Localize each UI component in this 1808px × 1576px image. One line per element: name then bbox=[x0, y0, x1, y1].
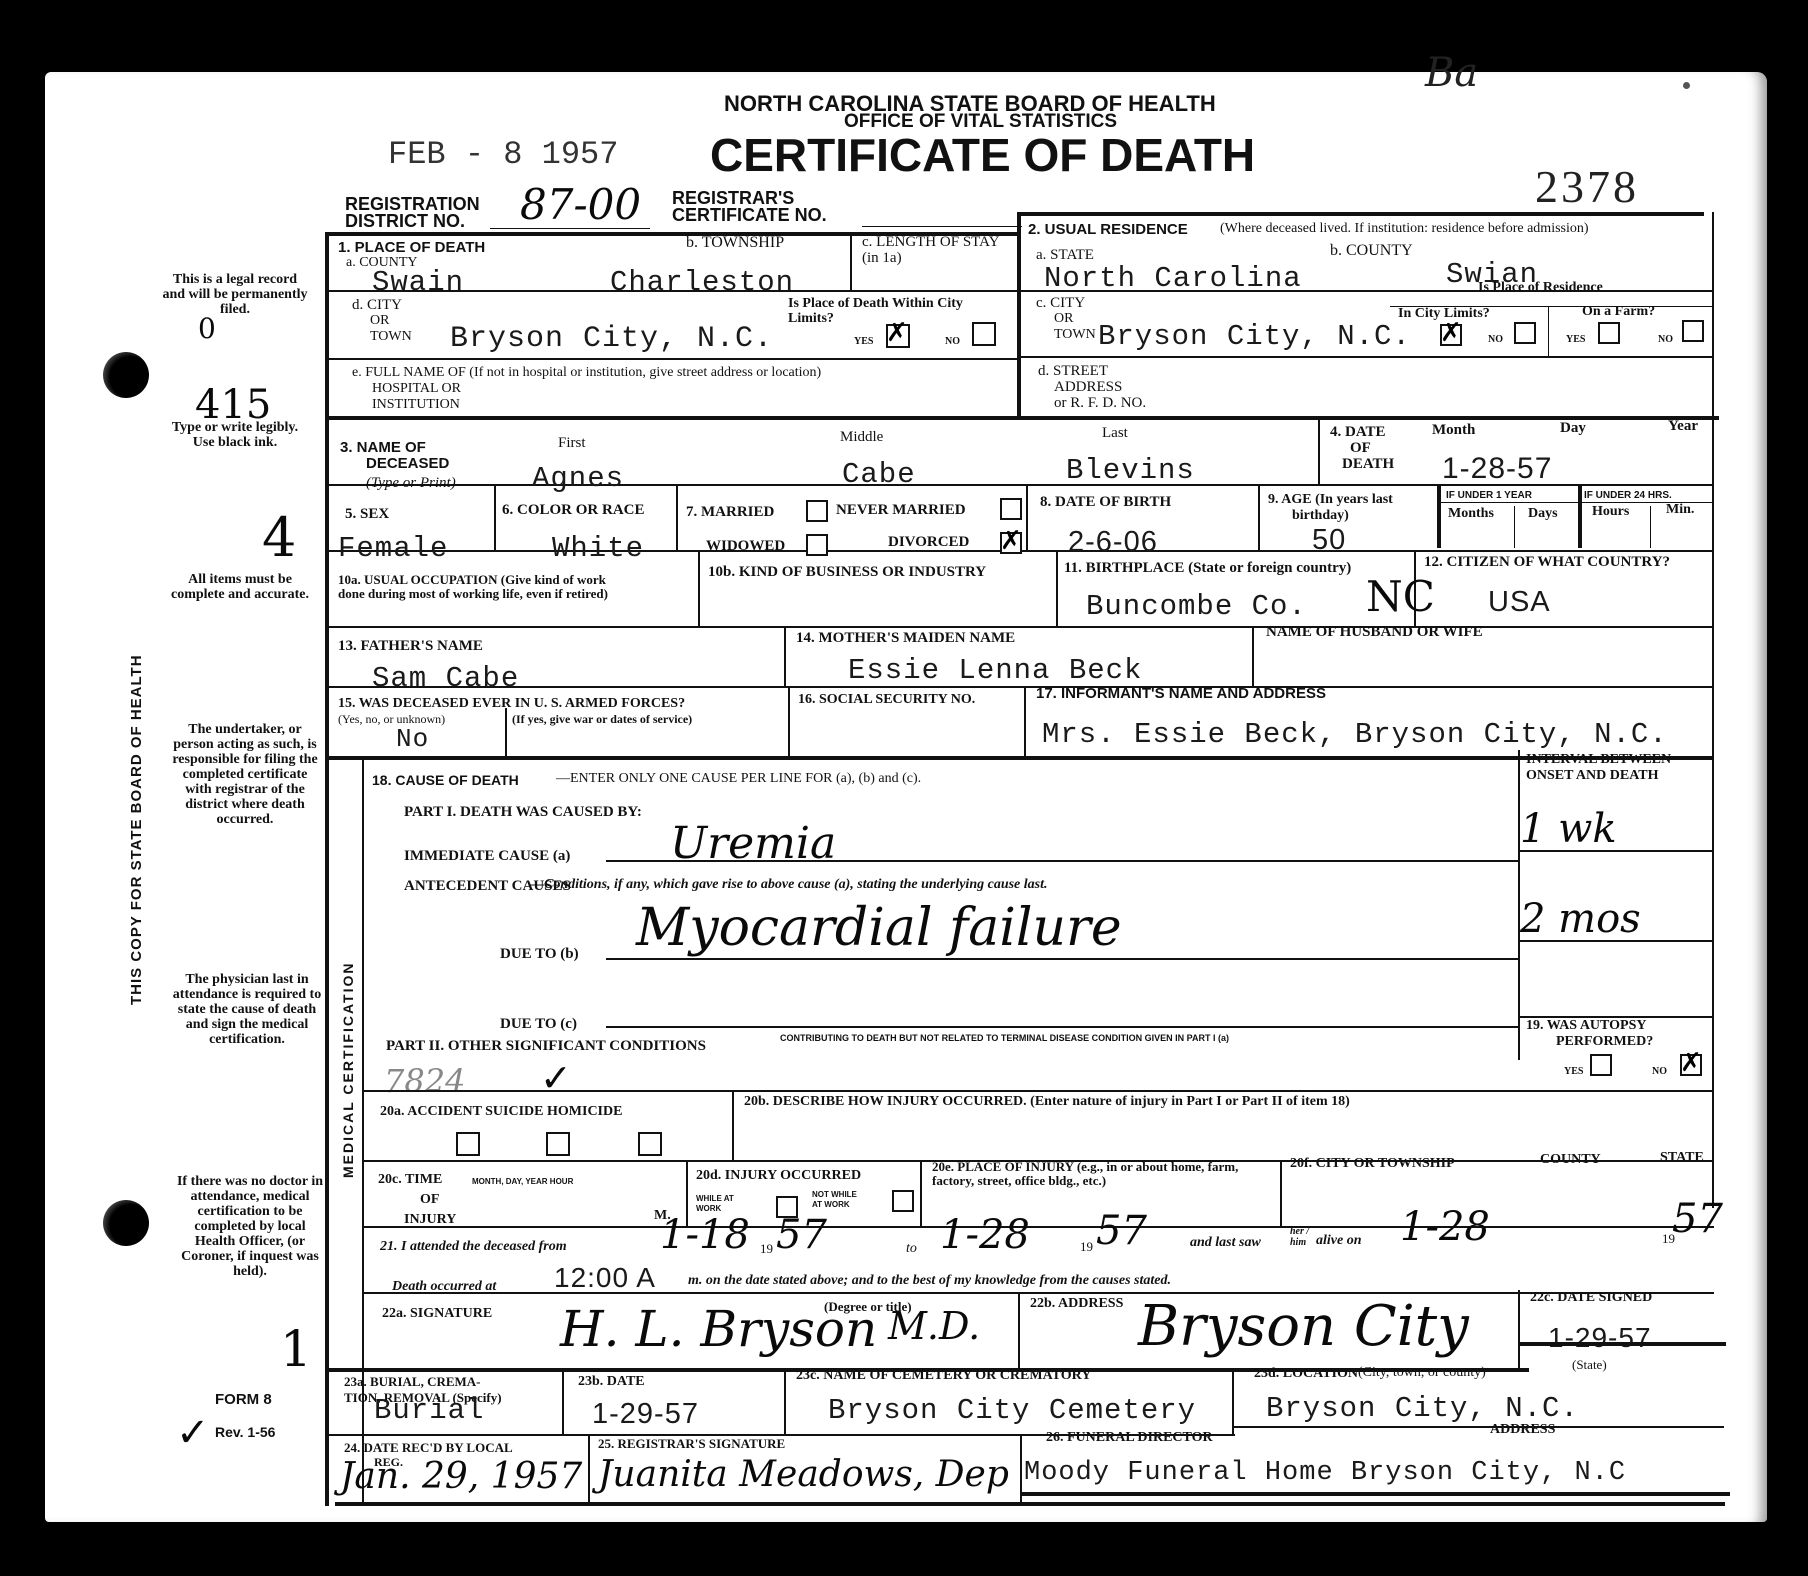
medical-certification-label: MEDICAL CERTIFICATION bbox=[340, 962, 356, 1178]
burial-date-label: 23b. DATE bbox=[578, 1374, 645, 1390]
minutes-label: Min. bbox=[1666, 502, 1694, 518]
form-number: FORM 8 bbox=[215, 1392, 272, 1408]
registrar-signature-label: 25. REGISTRAR'S SIGNATURE bbox=[598, 1436, 785, 1452]
mother-label: 14. MOTHER'S MAIDEN NAME bbox=[796, 630, 1015, 646]
married-label: 7. MARRIED bbox=[686, 504, 774, 520]
occupation-label-line2: done during most of working life, even i… bbox=[338, 586, 608, 602]
yes-label: YES bbox=[854, 334, 873, 350]
date-of-death-value: 1-28-57 bbox=[1442, 452, 1552, 486]
residence-city-value: Bryson City, N.C. bbox=[1098, 320, 1411, 353]
residence-city-label: c. CITY bbox=[1036, 296, 1085, 310]
attended-to-value: 1-28 bbox=[940, 1212, 1030, 1258]
corner-annotation: Ba bbox=[1425, 50, 1478, 96]
hospital-label: e. FULL NAME OF (If not in hospital or i… bbox=[352, 366, 821, 380]
on-farm-label: On a Farm? bbox=[1582, 304, 1655, 320]
sex-value: Female bbox=[338, 532, 448, 565]
registrar-signature-value: Juanita Meadows, Dep bbox=[598, 1454, 1009, 1495]
death-time-value: 12:00 A bbox=[554, 1262, 656, 1294]
physician-address-label: 22b. ADDRESS bbox=[1030, 1296, 1123, 1312]
citizen-label: 12. CITIZEN OF WHAT COUNTRY? bbox=[1424, 554, 1670, 570]
under-24-hrs-label: IF UNDER 24 HRS. bbox=[1584, 488, 1672, 504]
residence-city-label-or: OR bbox=[1054, 312, 1073, 326]
date-of-death-label: 4. DATE bbox=[1330, 424, 1386, 440]
on-farm-yes-checkbox[interactable] bbox=[1598, 322, 1620, 344]
attended-from-year: 57 bbox=[776, 1212, 827, 1258]
city-label-town: TOWN bbox=[370, 330, 412, 344]
armed-forces-value: No bbox=[396, 724, 429, 754]
interval-label-line2: ONSET AND DEATH bbox=[1526, 768, 1659, 784]
length-of-stay-label: c. LENGTH OF STAY (in 1a) bbox=[862, 234, 1012, 266]
hours-label: Hours bbox=[1592, 504, 1629, 520]
divorced-label: DIVORCED bbox=[888, 534, 969, 550]
injury-state-label: STATE bbox=[1660, 1150, 1704, 1166]
no-doctor-note: If there was no doctor in attendance, me… bbox=[175, 1174, 325, 1279]
undertaker-note: The undertaker, or person acting as such… bbox=[170, 722, 320, 827]
page-title: CERTIFICATE OF DEATH bbox=[710, 130, 1255, 180]
no-label: NO bbox=[1658, 332, 1673, 348]
divorced-checkbox[interactable] bbox=[1000, 532, 1022, 554]
street-label: d. STREET bbox=[1038, 364, 1108, 378]
physician-address: Bryson City bbox=[1138, 1294, 1469, 1359]
legal-record-note: This is a legal record and will be perma… bbox=[160, 272, 310, 317]
ink-dot bbox=[1683, 82, 1690, 89]
city-label: d. CITY bbox=[352, 298, 402, 312]
days-label: Days bbox=[1528, 506, 1558, 522]
autopsy-label-line2: PERFORMED? bbox=[1556, 1034, 1653, 1050]
form-revision: Rev. 1-56 bbox=[215, 1424, 275, 1440]
burial-location-value: Bryson City, N.C. bbox=[1266, 1392, 1579, 1425]
armed-forces-label: 15. WAS DECEASED EVER IN U. S. ARMED FOR… bbox=[338, 696, 685, 712]
hospital-label-line3: INSTITUTION bbox=[372, 398, 460, 412]
township-label: b. TOWNSHIP bbox=[686, 236, 784, 250]
attended-to-year: 57 bbox=[1096, 1208, 1147, 1254]
date-of-death-label-death: DEATH bbox=[1342, 456, 1394, 472]
cause-instruction: —ENTER ONLY ONE CAUSE PER LINE FOR (a), … bbox=[556, 772, 921, 786]
residence-city-label-town: TOWN bbox=[1054, 328, 1096, 342]
never-married-label: NEVER MARRIED bbox=[836, 502, 966, 518]
accident-checkbox[interactable] bbox=[456, 1132, 480, 1156]
punch-hole bbox=[103, 352, 149, 398]
name-label-line3: (Type or Print) bbox=[366, 476, 456, 490]
months-label: Months bbox=[1448, 506, 1494, 522]
residence-county-label: b. COUNTY bbox=[1330, 244, 1413, 258]
autopsy-no-checkbox[interactable] bbox=[1680, 1054, 1702, 1076]
citizen-value: USA bbox=[1488, 586, 1551, 619]
registration-district-label: REGISTRATION DISTRICT NO. bbox=[345, 196, 480, 230]
birthplace-handwritten: NC bbox=[1366, 572, 1435, 621]
street-label-line2: ADDRESS bbox=[1054, 380, 1122, 394]
widowed-checkbox[interactable] bbox=[806, 534, 828, 556]
copy-for-state-board: THIS COPY FOR STATE BOARD OF HEALTH bbox=[128, 654, 145, 1005]
not-while-at-work-label: NOT WHILE AT WORK bbox=[812, 1190, 868, 1210]
death-township-value: Charleston bbox=[610, 266, 794, 299]
within-city-no-checkbox[interactable] bbox=[972, 322, 996, 346]
dob-label: 8. DATE OF BIRTH bbox=[1040, 494, 1171, 510]
margin-mark-1: 1 bbox=[280, 1320, 312, 1378]
hospital-label-line2: HOSPITAL OR bbox=[372, 382, 461, 396]
age-value: 50 bbox=[1312, 524, 1346, 557]
year-prefix: 19 bbox=[1080, 1240, 1093, 1254]
never-married-checkbox[interactable] bbox=[1000, 498, 1022, 520]
part2-label: PART II. OTHER SIGNIFICANT CONDITIONS bbox=[386, 1038, 706, 1054]
registrar-cert-label: REGISTRAR'S CERTIFICATE NO. bbox=[672, 190, 827, 224]
spouse-label: NAME OF HUSBAND OR WIFE bbox=[1266, 624, 1483, 640]
residence-state-label: a. STATE bbox=[1036, 248, 1094, 262]
punch-hole bbox=[103, 1200, 149, 1246]
death-city-value: Bryson City, N.C. bbox=[450, 322, 773, 356]
date-signed-value: 1-29-57 bbox=[1548, 1322, 1652, 1354]
funeral-director-value: Moody Funeral Home Bryson City, N.C bbox=[1024, 1458, 1626, 1488]
middle-name-label: Middle bbox=[840, 430, 883, 444]
margin-check-mark: ✓ bbox=[176, 1410, 210, 1456]
time-of-injury-label: 20c. TIME bbox=[378, 1172, 442, 1188]
death-occurred-note: m. on the date stated above; and to the … bbox=[688, 1274, 1171, 1288]
ssn-label: 16. SOCIAL SECURITY NO. bbox=[798, 692, 975, 708]
part1-label: PART I. DEATH WAS CAUSED BY: bbox=[404, 804, 642, 820]
part2-check-mark: ✓ bbox=[540, 1056, 572, 1100]
usual-residence-note: (Where deceased lived. If institution: r… bbox=[1220, 222, 1589, 236]
within-city-yes-checkbox[interactable] bbox=[886, 324, 910, 348]
injury-county-label: COUNTY bbox=[1540, 1152, 1601, 1168]
yes-label: YES bbox=[1564, 1064, 1583, 1080]
street-label-line3: or R. F. D. NO. bbox=[1054, 396, 1146, 410]
attended-label: 21. I attended the deceased from bbox=[380, 1240, 567, 1254]
last-name-value: Blevins bbox=[1066, 454, 1195, 487]
place-of-injury-label: 20e. PLACE OF INJURY (e.g., in or about … bbox=[932, 1160, 1262, 1188]
accident-suicide-homicide-label: 20a. ACCIDENT SUICIDE HOMICIDE bbox=[380, 1104, 622, 1120]
date-signed-label: 22c. DATE SIGNED bbox=[1530, 1290, 1652, 1306]
margin-mark: 0 bbox=[198, 312, 216, 345]
last-saw-label: and last saw bbox=[1190, 1236, 1261, 1250]
father-value: Sam Cabe bbox=[372, 662, 519, 695]
antecedent-causes-note: —Conditions, if any, which gave rise to … bbox=[530, 878, 1048, 892]
physician-degree: M.D. bbox=[888, 1304, 980, 1348]
part2-code: 7824 bbox=[384, 1062, 465, 1100]
due-to-b-value: Myocardial failure bbox=[636, 898, 1122, 958]
residence-state-value: North Carolina bbox=[1044, 262, 1302, 295]
immediate-cause-label: IMMEDIATE CAUSE (a) bbox=[404, 848, 570, 864]
physician-signature: H. L. Bryson bbox=[560, 1300, 877, 1358]
autopsy-label: 19. WAS AUTOPSY bbox=[1526, 1018, 1646, 1034]
race-label: 6. COLOR OR RACE bbox=[502, 502, 645, 518]
label-line: CERTIFICATE NO. bbox=[672, 207, 827, 224]
immediate-interval-value: 1 wk bbox=[1520, 806, 1617, 852]
first-name-label: First bbox=[558, 436, 586, 450]
no-label: NO bbox=[1488, 332, 1503, 348]
received-stamp: FEB - 8 1957 bbox=[388, 136, 618, 173]
injury-description-label: 20b. DESCRIBE HOW INJURY OCCURRED. (Ente… bbox=[744, 1094, 1350, 1110]
sex-label: 5. SEX bbox=[345, 506, 389, 522]
place-of-residence-label: Is Place of Residence bbox=[1478, 280, 1603, 296]
place-of-death-label: 1. PLACE OF DEATH bbox=[338, 240, 485, 256]
homicide-checkbox[interactable] bbox=[638, 1132, 662, 1156]
autopsy-yes-checkbox[interactable] bbox=[1590, 1054, 1612, 1076]
burial-date-value: 1-29-57 bbox=[592, 1398, 699, 1431]
informant-label: 17. INFORMANT'S NAME AND ADDRESS bbox=[1036, 686, 1326, 702]
last-saw-date: 1-28 bbox=[1400, 1204, 1490, 1250]
first-name-value: Agnes bbox=[532, 462, 624, 495]
suicide-checkbox[interactable] bbox=[546, 1132, 570, 1156]
interval-label: INTERVAL BETWEEN bbox=[1526, 752, 1671, 768]
date-of-death-label-of: OF bbox=[1350, 440, 1371, 456]
time-of-injury-sub-label: MONTH, DAY, YEAR HOUR bbox=[472, 1174, 573, 1190]
middle-name-value: Cabe bbox=[842, 458, 916, 491]
day-label: Day bbox=[1560, 420, 1586, 436]
dob-value: 2-6-06 bbox=[1068, 526, 1158, 559]
mother-value: Essie Lenna Beck bbox=[848, 654, 1142, 687]
cemetery-value: Bryson City Cemetery bbox=[828, 1394, 1196, 1427]
burial-location-sub-label: (City, town, or county) bbox=[1358, 1366, 1486, 1380]
not-while-at-work-checkbox[interactable] bbox=[892, 1190, 914, 1212]
injury-city-label: 20f. CITY OR TOWNSHIP bbox=[1290, 1156, 1455, 1172]
year-prefix: 19 bbox=[760, 1242, 773, 1256]
signature-label: 22a. SIGNATURE bbox=[382, 1306, 492, 1322]
part2-note: CONTRIBUTING TO DEATH BUT NOT RELATED TO… bbox=[780, 1030, 1229, 1046]
state-file-number: 2378 bbox=[1535, 160, 1639, 213]
no-label: NO bbox=[945, 334, 960, 350]
informant-value: Mrs. Essie Beck, Bryson City, N.C. bbox=[1042, 718, 1668, 751]
while-at-work-label: WHILE AT WORK bbox=[696, 1194, 746, 1214]
all-items-note: All items must be complete and accurate. bbox=[165, 572, 315, 602]
funeral-director-label: 26. FUNERAL DIRECTOR bbox=[1046, 1430, 1213, 1446]
injury-occurred-label: 20d. INJURY OCCURRED bbox=[696, 1168, 861, 1184]
married-checkbox[interactable] bbox=[806, 500, 828, 522]
age-label: 9. AGE (In years last bbox=[1268, 492, 1393, 508]
time-of-injury-label-of: OF bbox=[420, 1192, 439, 1208]
funeral-address-label: ADDRESS bbox=[1490, 1422, 1555, 1438]
birthplace-label: 11. BIRTHPLACE (State or foreign country… bbox=[1064, 560, 1351, 576]
label-line: DISTRICT NO. bbox=[345, 213, 480, 230]
year-label: Year bbox=[1668, 418, 1698, 434]
physician-note: The physician last in attendance is requ… bbox=[172, 972, 322, 1047]
last-saw-year: 57 bbox=[1672, 1196, 1723, 1242]
city-label-or: OR bbox=[370, 314, 389, 328]
name-label-line2: DECEASED bbox=[366, 456, 449, 472]
type-legibly-note: Type or write legibly. Use black ink. bbox=[160, 420, 310, 450]
widowed-label: WIDOWED bbox=[706, 538, 785, 554]
on-farm-no-checkbox[interactable] bbox=[1682, 320, 1704, 342]
in-city-yes-checkbox[interactable] bbox=[1440, 324, 1462, 346]
cause-of-death-label: 18. CAUSE OF DEATH bbox=[372, 772, 519, 788]
due-to-b-label: DUE TO (b) bbox=[500, 946, 579, 962]
cemetery-label: 23c. NAME OF CEMETERY OR CREMATORY bbox=[796, 1368, 1091, 1384]
immediate-cause-value: Uremia bbox=[670, 818, 836, 869]
yes-label: YES bbox=[1566, 332, 1585, 348]
burial-state-sub-label: (State) bbox=[1572, 1358, 1607, 1372]
burial-location-label: 23d. LOCATION bbox=[1254, 1366, 1358, 1382]
attended-from-value: 1-18 bbox=[660, 1212, 750, 1258]
race-value: White bbox=[552, 532, 644, 565]
her-him-label: her / him bbox=[1290, 1226, 1312, 1248]
death-county-value: Swain bbox=[372, 266, 464, 299]
in-city-no-checkbox[interactable] bbox=[1514, 322, 1536, 344]
month-label: Month bbox=[1432, 422, 1475, 438]
to-label: to bbox=[906, 1242, 917, 1256]
disposition-label: 23a. BURIAL, CREMA- bbox=[344, 1374, 481, 1390]
margin-mark-4: 4 bbox=[262, 506, 296, 569]
date-received-label: 24. DATE REC'D BY LOCAL bbox=[344, 1440, 513, 1456]
armed-forces-service-label: (If yes, give war or dates of service) bbox=[512, 712, 692, 726]
due-to-c-label: DUE TO (c) bbox=[500, 1016, 577, 1032]
registration-district-no: 87-00 bbox=[520, 180, 641, 229]
birthplace-value: Buncombe Co. bbox=[1086, 590, 1307, 623]
father-label: 13. FATHER'S NAME bbox=[338, 638, 483, 654]
usual-residence-label: 2. USUAL RESIDENCE bbox=[1028, 222, 1188, 238]
alive-on-label: alive on bbox=[1316, 1234, 1362, 1248]
last-name-label: Last bbox=[1102, 426, 1128, 440]
name-label: 3. NAME OF bbox=[340, 440, 426, 456]
industry-label: 10b. KIND OF BUSINESS OR INDUSTRY bbox=[708, 564, 986, 580]
date-received-value: Jan. 29, 1957 bbox=[340, 1456, 582, 1497]
no-label: NO bbox=[1652, 1064, 1667, 1080]
under-1-year-label: IF UNDER 1 YEAR bbox=[1446, 488, 1532, 504]
age-label-line2: birthday) bbox=[1292, 508, 1349, 524]
disposition-value: Burial bbox=[374, 1394, 484, 1427]
due-to-b-interval-value: 2 mos bbox=[1520, 896, 1641, 942]
